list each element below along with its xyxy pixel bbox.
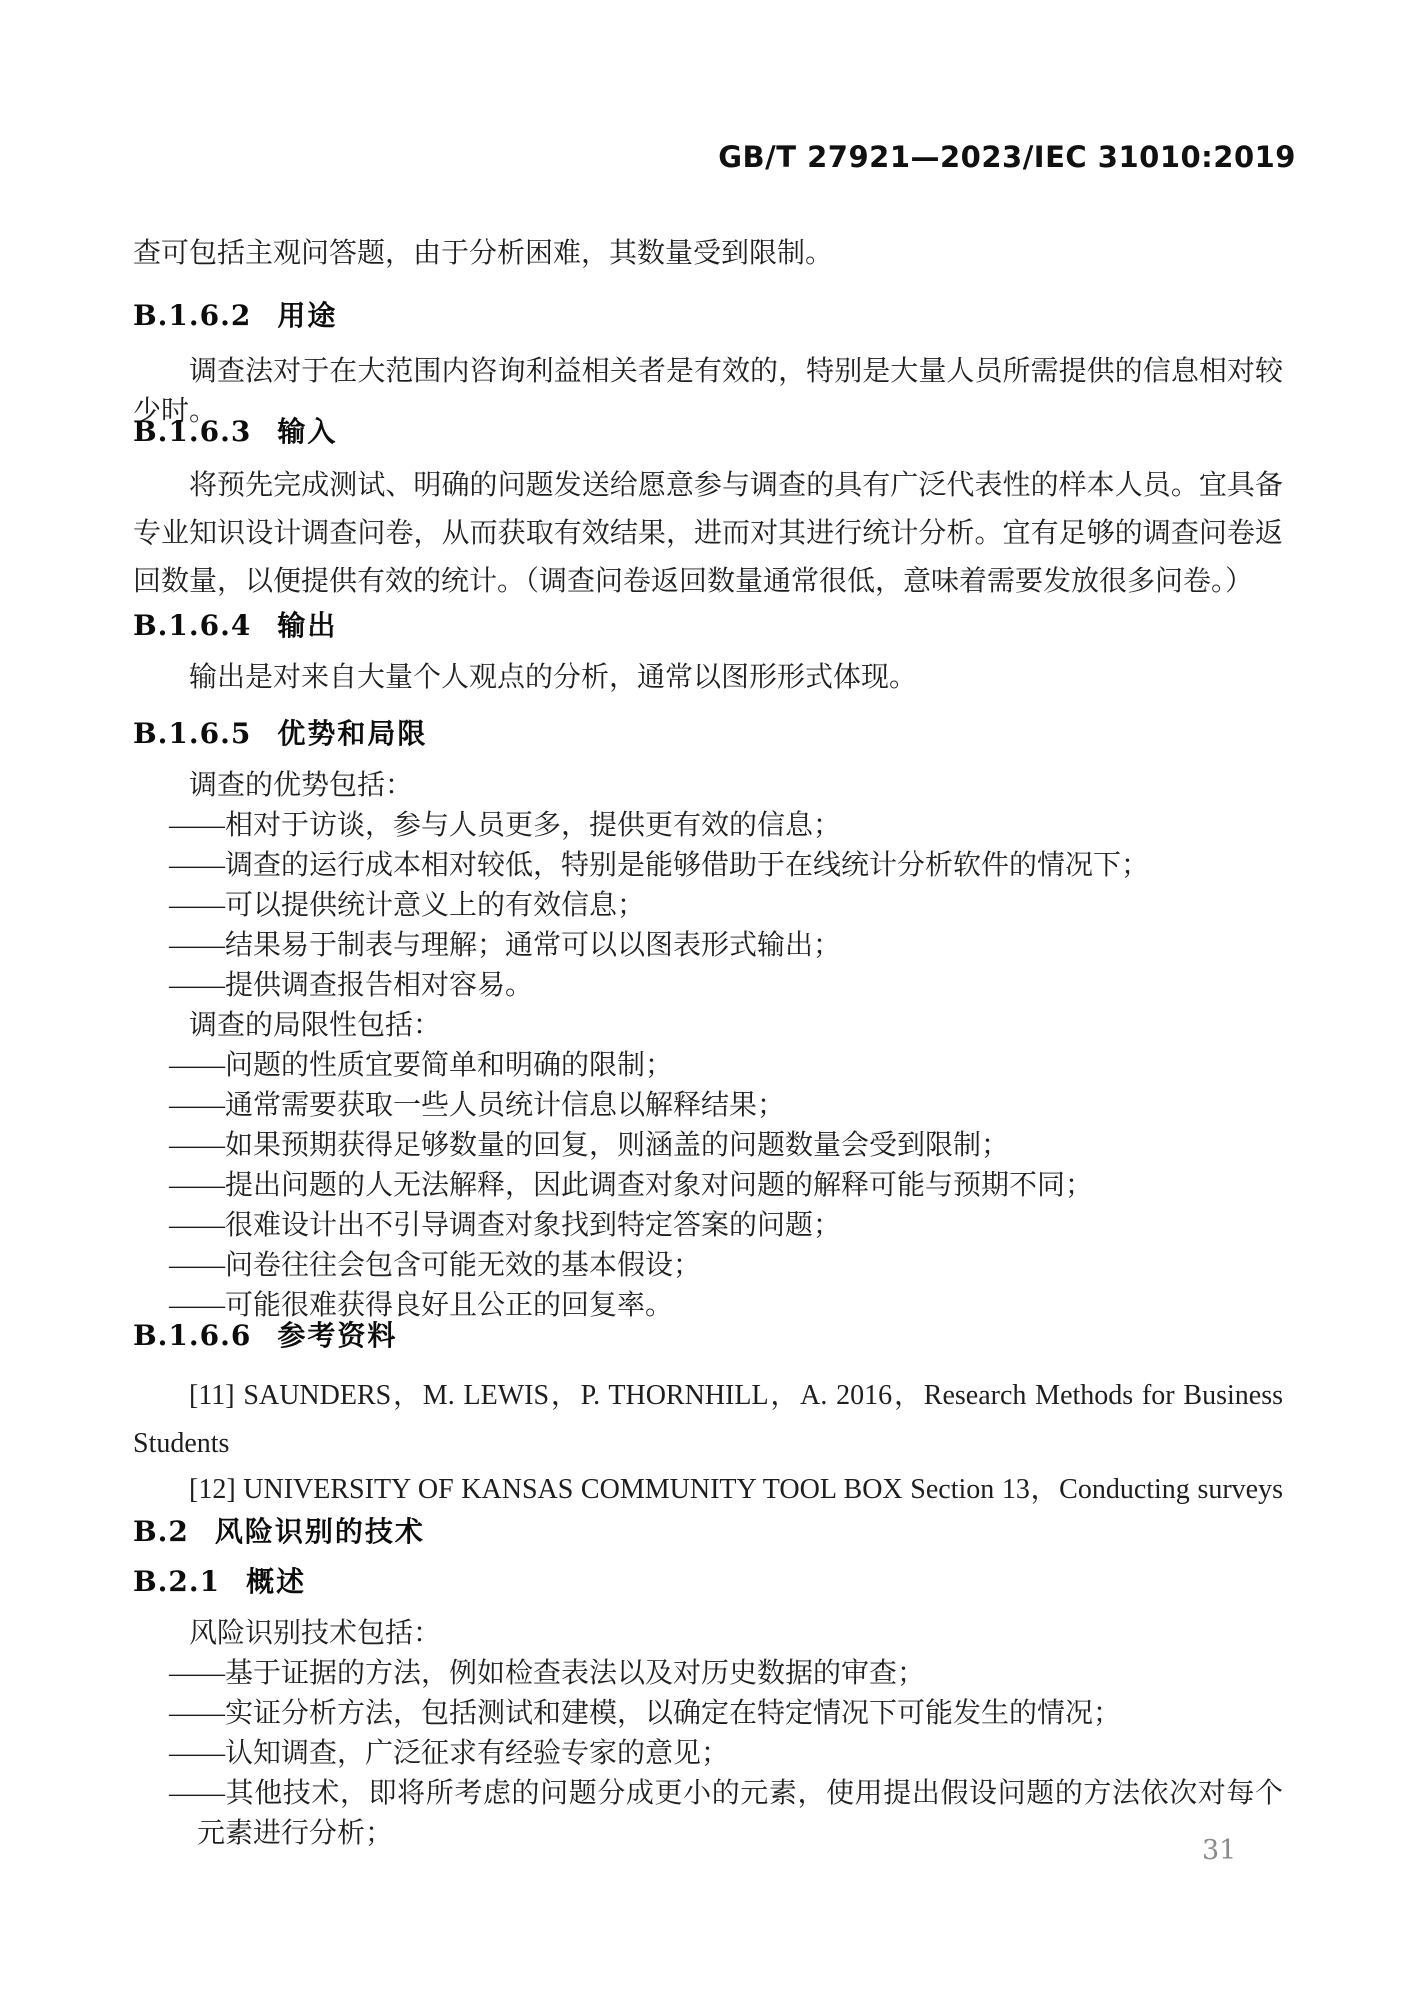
section-heading-b1-6-2: B.1.6.2用途 (133, 296, 1283, 337)
advantages-list: ——相对于访谈，参与人员更多，提供更有效的信息； ——调查的运行成本相对较低，特… (133, 806, 1283, 1006)
section-title: 概述 (246, 1565, 306, 1598)
section-number: B.2 (133, 1515, 189, 1548)
list-item: ——通常需要获取一些人员统计信息以解释结果； (133, 1086, 1283, 1126)
list-item: ——提供调查报告相对容易。 (133, 966, 1283, 1006)
list-item: ——实证分析方法，包括测试和建模，以确定在特定情况下可能发生的情况； (133, 1694, 1283, 1734)
reference-entry-11: [11] SAUNDERS，M. LEWIS，P. THORNHILL，A. 2… (133, 1376, 1283, 1416)
list-item: ——基于证据的方法，例如检查表法以及对历史数据的审查； (133, 1654, 1283, 1694)
list-item: ——认知调查，广泛征求有经验专家的意见； (133, 1734, 1283, 1774)
section-number: B.1.6.3 (133, 415, 251, 448)
page-number: 31 (1202, 1836, 1236, 1866)
list-item: ——结果易于制表与理解；通常可以以图表形式输出； (133, 926, 1283, 966)
paragraph-b1-6-3: 将预先完成测试、明确的问题发送给愿意参与调查的具有广泛代表性的样本人员。宜具备专… (133, 462, 1283, 606)
continuation-paragraph: 查可包括主观问答题，由于分析困难，其数量受到限制。 (133, 234, 1283, 274)
section-number: B.1.6.2 (133, 299, 251, 332)
section-heading-b2-1: B.2.1概述 (133, 1562, 1283, 1603)
section-title: 输入 (277, 415, 337, 448)
section-title: 风险识别的技术 (215, 1515, 425, 1548)
section-heading-b2: B.2风险识别的技术 (133, 1512, 1283, 1553)
list-item: ——问卷往往会包含可能无效的基本假设； (133, 1246, 1283, 1286)
section-title: 用途 (277, 299, 337, 332)
list-item: ——很难设计出不引导调查对象找到特定答案的问题； (133, 1206, 1283, 1246)
advantages-lead: 调查的优势包括： (133, 766, 1283, 806)
section-heading-b1-6-5: B.1.6.5优势和局限 (133, 714, 1283, 755)
section-title: 优势和局限 (277, 717, 427, 750)
document-page: GB/T 27921—2023/IEC 31010:2019 查可包括主观问答题… (0, 0, 1414, 2000)
paragraph-b1-6-4: 输出是对来自大量个人观点的分析，通常以图形形式体现。 (133, 658, 1283, 698)
section-heading-b1-6-6: B.1.6.6参考资料 (133, 1316, 1283, 1357)
section-title: 输出 (277, 609, 337, 642)
section-heading-b1-6-3: B.1.6.3输入 (133, 412, 1283, 453)
list-item: ——如果预期获得足够数量的回复，则涵盖的问题数量会受到限制； (133, 1126, 1283, 1166)
list-item: ——问题的性质宜要简单和明确的限制； (133, 1046, 1283, 1086)
list-item: ——相对于访谈，参与人员更多，提供更有效的信息； (133, 806, 1283, 846)
section-title: 参考资料 (277, 1319, 397, 1352)
risk-identification-lead: 风险识别技术包括： (133, 1614, 1283, 1654)
risk-identification-list: ——基于证据的方法，例如检查表法以及对历史数据的审查； ——实证分析方法，包括测… (133, 1654, 1283, 1854)
list-item: ——可以提供统计意义上的有效信息； (133, 886, 1283, 926)
section-number: B.1.6.4 (133, 609, 251, 642)
list-item: ——调查的运行成本相对较低，特别是能够借助于在线统计分析软件的情况下； (133, 846, 1283, 886)
list-item: ——提出问题的人无法解释，因此调查对象对问题的解释可能与预期不同； (133, 1166, 1283, 1206)
reference-entry-11-continued: Students (133, 1424, 1283, 1464)
section-heading-b1-6-4: B.1.6.4输出 (133, 606, 1283, 647)
section-number: B.1.6.6 (133, 1319, 251, 1352)
list-item: ——其他技术，即将所考虑的问题分成更小的元素，使用提出假设问题的方法依次对每个元… (133, 1774, 1283, 1854)
limitations-list: ——问题的性质宜要简单和明确的限制； ——通常需要获取一些人员统计信息以解释结果… (133, 1046, 1283, 1326)
section-number: B.1.6.5 (133, 717, 251, 750)
section-number: B.2.1 (133, 1565, 220, 1598)
standard-code-header: GB/T 27921—2023/IEC 31010:2019 (0, 140, 1296, 174)
reference-entry-12: [12] UNIVERSITY OF KANSAS COMMUNITY TOOL… (133, 1470, 1283, 1510)
limitations-lead: 调查的局限性包括： (133, 1006, 1283, 1046)
